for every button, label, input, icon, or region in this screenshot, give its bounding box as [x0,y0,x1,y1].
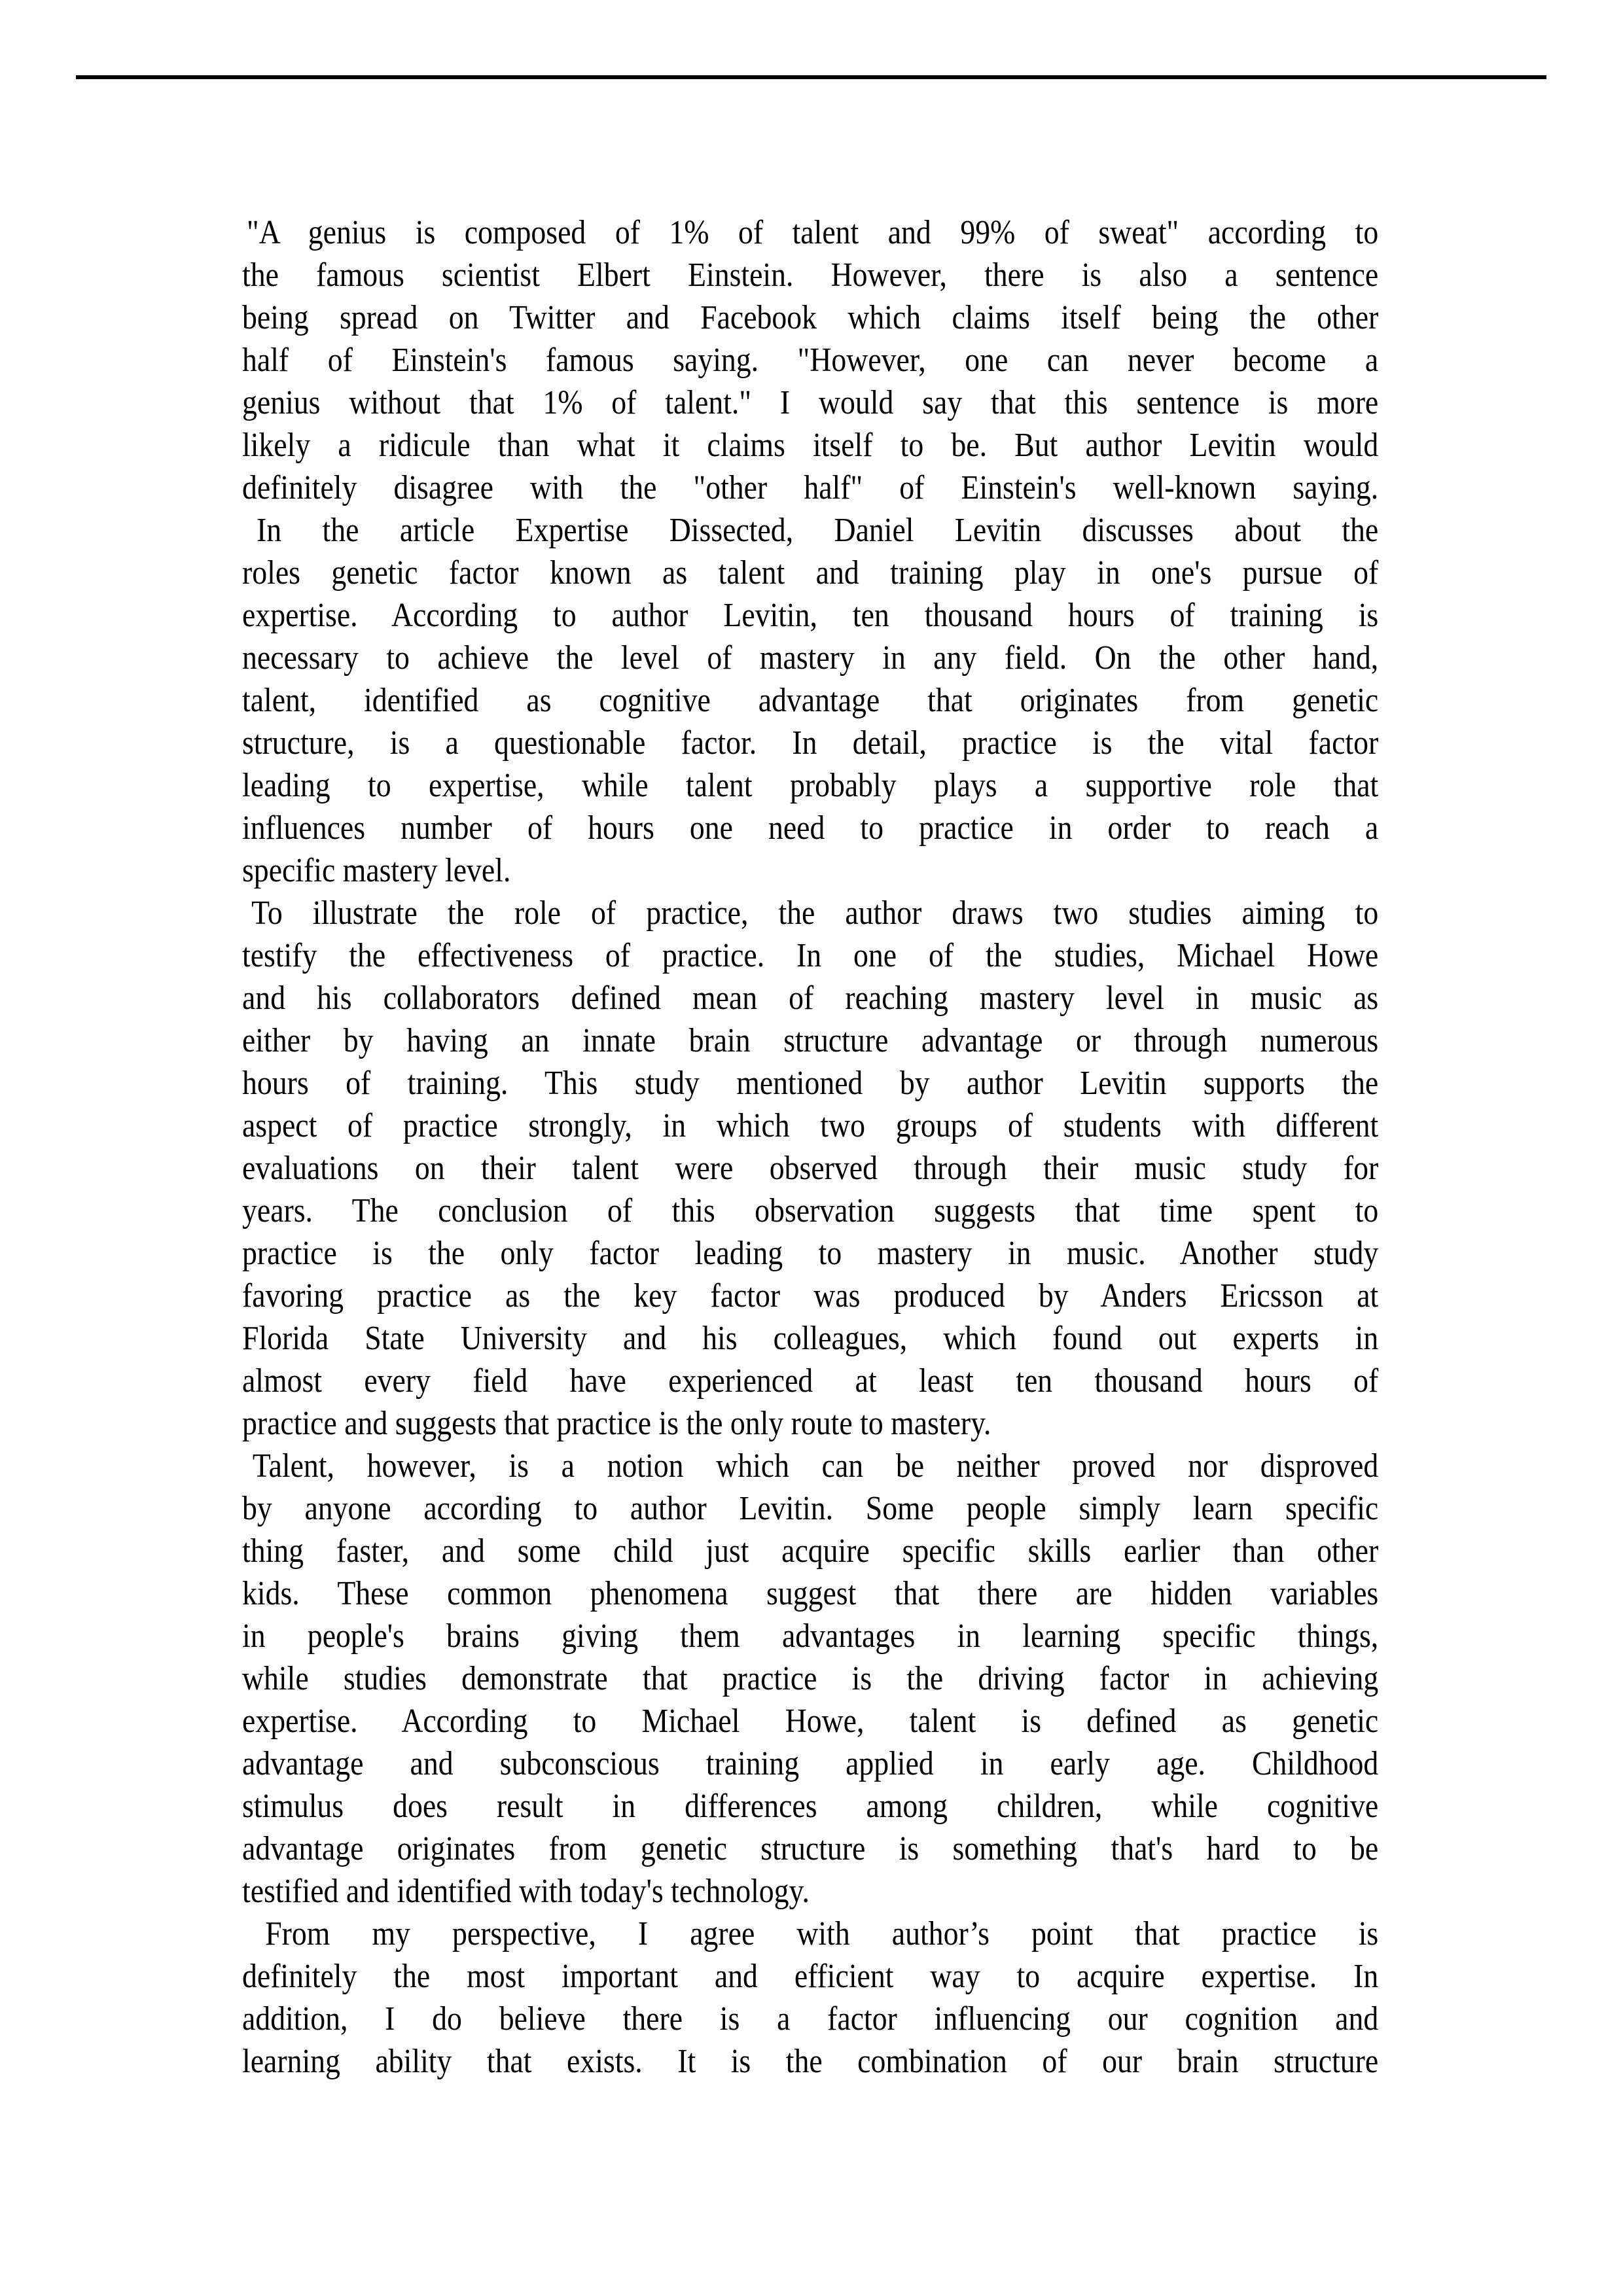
essay-line: evaluations on their talent were observe… [242,1147,1378,1190]
essay-line: half of Einstein's famous saying. "Howev… [242,339,1378,381]
essay-line: expertise. According to Michael Howe, ta… [242,1700,1378,1742]
essay-line: practice and suggests that practice is t… [242,1402,1378,1445]
essay-line: To illustrate the role of practice, the … [242,892,1378,934]
essay-line: Florida State University and his colleag… [242,1317,1378,1360]
essay-line: thing faster, and some child just acquir… [242,1530,1378,1572]
essay-line: years. The conclusion of this observatio… [242,1190,1378,1232]
essay-line: leading to expertise, while talent proba… [242,764,1378,807]
paragraph-1: "A genius is composed of 1% of talent an… [242,211,1378,509]
essay-line: favoring practice as the key factor was … [242,1275,1378,1317]
paragraph-5: From my perspective, I agree with author… [242,1913,1378,2083]
header-rule [76,75,1546,79]
essay-line: either by having an innate brain structu… [242,1019,1378,1062]
essay-line: while studies demonstrate that practice … [242,1657,1378,1700]
essay-line: influences number of hours one need to p… [242,807,1378,849]
essay-line: definitely the most important and effici… [242,1955,1378,1998]
text-block: "A genius is composed of 1% of talent an… [242,211,1378,2083]
paragraph-4: Talent, however, is a notion which can b… [242,1445,1378,1913]
essay-line: aspect of practice strongly, in which tw… [242,1104,1378,1147]
essay-line: expertise. According to author Levitin, … [242,594,1378,637]
essay-body: "A genius is composed of 1% of talent an… [242,211,1378,2083]
paragraph-3: To illustrate the role of practice, the … [242,892,1378,1445]
essay-line: definitely disagree with the "other half… [242,467,1378,509]
essay-line: structure, is a questionable factor. In … [242,722,1378,764]
essay-line: genius without that 1% of talent." I wou… [242,381,1378,424]
essay-line: specific mastery level. [242,849,1378,892]
essay-line: In the article Expertise Dissected, Dani… [242,509,1378,552]
essay-line: testify the effectiveness of practice. I… [242,934,1378,977]
essay-line: hours of training. This study mentioned … [242,1062,1378,1104]
essay-line: in people's brains giving them advantage… [242,1615,1378,1657]
essay-line: likely a ridicule than what it claims it… [242,424,1378,467]
essay-line: and his collaborators defined mean of re… [242,977,1378,1019]
essay-line: almost every field have experienced at l… [242,1360,1378,1402]
essay-line: advantage originates from genetic struct… [242,1828,1378,1870]
document-page: "A genius is composed of 1% of talent an… [0,0,1623,2296]
essay-line: roles genetic factor known as talent and… [242,552,1378,594]
essay-line: learning ability that exists. It is the … [242,2040,1378,2083]
essay-line: kids. These common phenomena suggest tha… [242,1572,1378,1615]
essay-line: stimulus does result in differences amon… [242,1785,1378,1828]
essay-line: talent, identified as cognitive advantag… [242,679,1378,722]
essay-line: testified and identified with today's te… [242,1870,1378,1913]
paragraph-2: In the article Expertise Dissected, Dani… [242,509,1378,892]
essay-line: being spread on Twitter and Facebook whi… [242,296,1378,339]
essay-line: practice is the only factor leading to m… [242,1232,1378,1275]
essay-line: advantage and subconscious training appl… [242,1742,1378,1785]
essay-line: by anyone according to author Levitin. S… [242,1487,1378,1530]
essay-line: "A genius is composed of 1% of talent an… [242,211,1378,254]
essay-line: addition, I do believe there is a factor… [242,1998,1378,2040]
essay-line: Talent, however, is a notion which can b… [242,1445,1378,1487]
essay-line: necessary to achieve the level of master… [242,637,1378,679]
essay-line: the famous scientist Elbert Einstein. Ho… [242,254,1378,296]
essay-line: From my perspective, I agree with author… [242,1913,1378,1955]
